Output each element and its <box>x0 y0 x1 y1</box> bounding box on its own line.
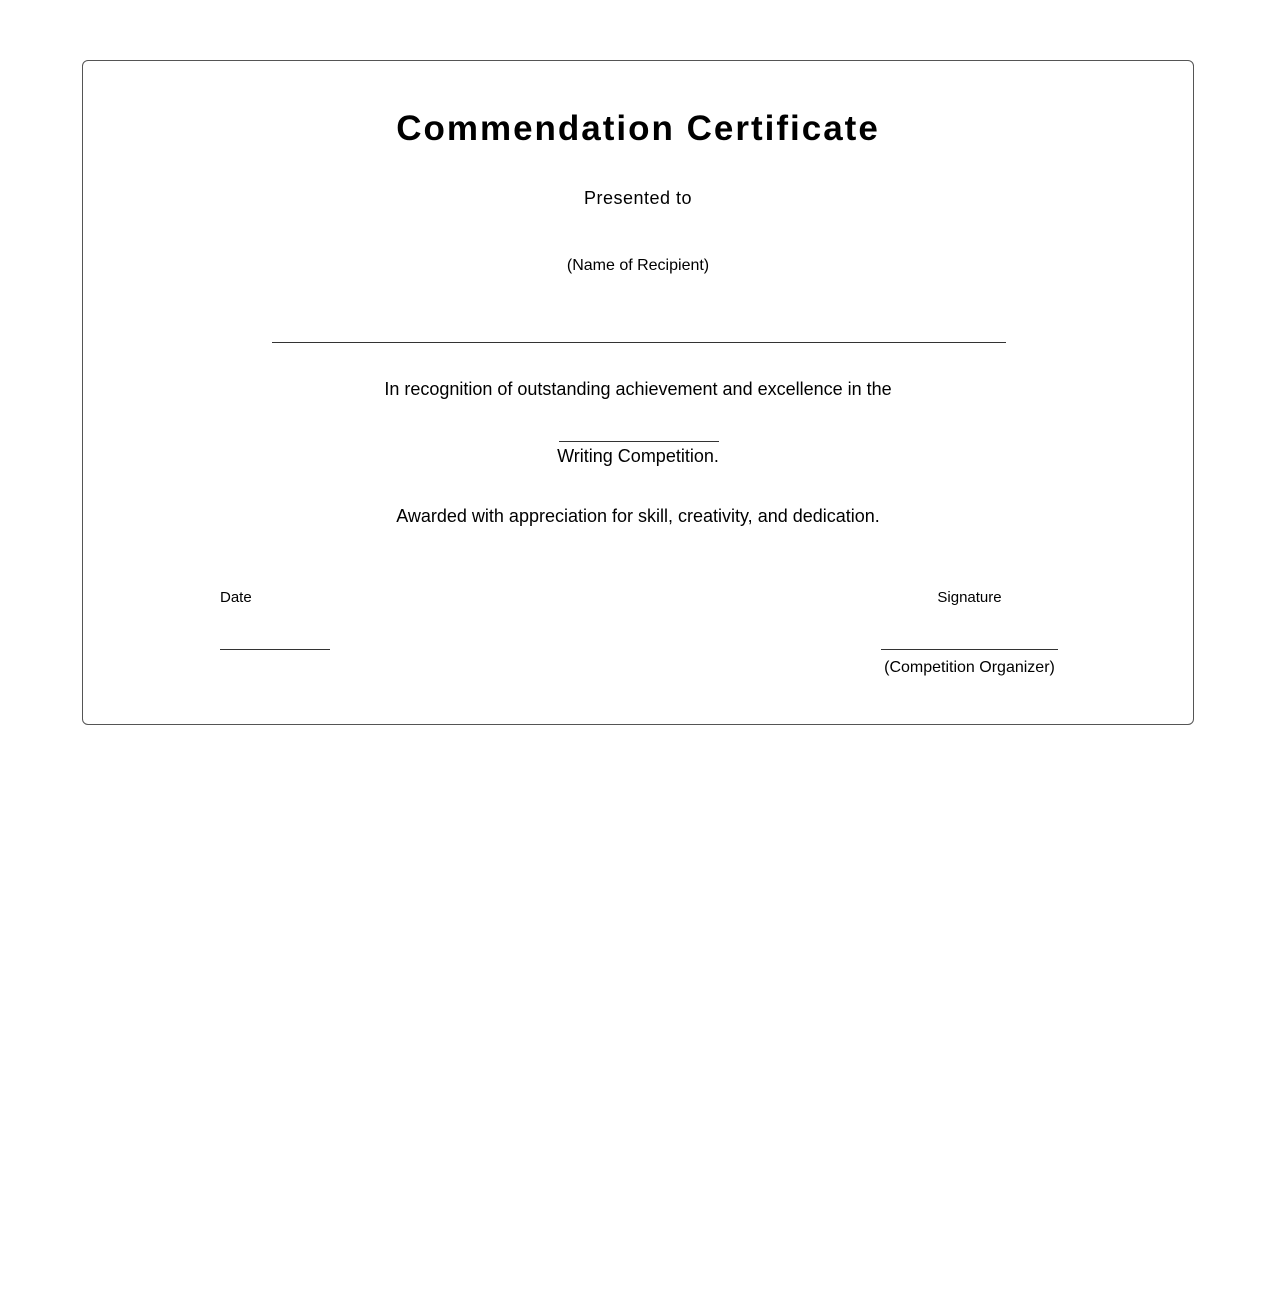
recognition-text: In recognition of outstanding achievemen… <box>83 379 1193 400</box>
competition-text: Writing Competition. <box>83 446 1193 467</box>
awarded-text: Awarded with appreciation for skill, cre… <box>83 506 1193 527</box>
presented-to-label: Presented to <box>83 188 1193 209</box>
recipient-name-placeholder: (Name of Recipient) <box>83 257 1193 275</box>
organizer-label: (Competition Organizer) <box>871 659 1068 677</box>
competition-blank-line <box>559 441 719 442</box>
recipient-name-line <box>272 342 1006 343</box>
date-line <box>220 649 330 650</box>
certificate-card: Commendation Certificate Presented to (N… <box>82 60 1194 725</box>
date-label: Date <box>220 589 252 606</box>
certificate-title: Commendation Certificate <box>83 109 1193 149</box>
signature-label: Signature <box>881 589 1058 606</box>
signature-line <box>881 649 1058 650</box>
